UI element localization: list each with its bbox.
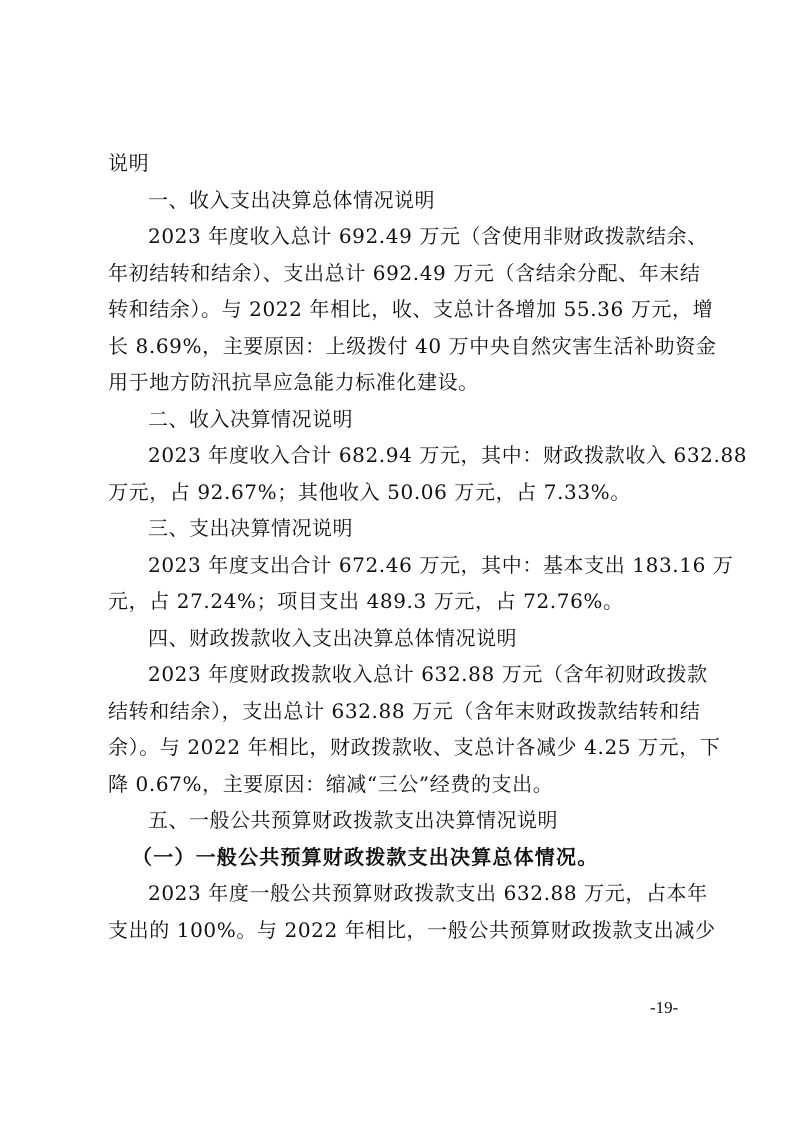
section-3-line-1: 2023 年度支出合计 672.46 万元，其中：基本支出 183.16 万 [108, 547, 690, 584]
section-1-line-2: 年初结转和结余）、支出总计 692.49 万元（含结余分配、年末结 [108, 255, 690, 292]
section-3-line-2: 元，占 27.24%；项目支出 489.3 万元，占 72.76%。 [108, 583, 690, 620]
section-4-line-1: 2023 年度财政拨款收入总计 632.88 万元（含年初财政拨款 [108, 656, 690, 693]
section-2-line-2: 万元，占 92.67%；其他收入 50.06 万元，占 7.33%。 [108, 474, 690, 511]
document-page: 说明 一、收入支出决算总体情况说明 2023 年度收入总计 692.49 万元（… [108, 145, 690, 948]
section-1-line-5: 用于地方防汛抗旱应急能力标准化建设。 [108, 364, 690, 401]
page-number: -19- [650, 998, 678, 1018]
section-4-line-2: 结转和结余），支出总计 632.88 万元（含年末财政拨款结转和结 [108, 693, 690, 730]
section-2-line-1: 2023 年度收入合计 682.94 万元，其中：财政拨款收入 632.88 [108, 437, 690, 474]
section-5-line-2: 支出的 100%。与 2022 年相比，一般公共预算财政拨款支出减少 [108, 912, 690, 949]
section-4-heading: 四、财政拨款收入支出决算总体情况说明 [108, 620, 690, 657]
section-1-heading: 一、收入支出决算总体情况说明 [108, 182, 690, 219]
section-4-line-4: 降 0.67%，主要原因：缩减“三公”经费的支出。 [108, 766, 690, 803]
section-5-line-1: 2023 年度一般公共预算财政拨款支出 632.88 万元，占本年 [108, 875, 690, 912]
section-5-subheading: （一）一般公共预算财政拨款支出决算总体情况。 [108, 839, 690, 876]
section-1-line-3: 转和结余）。与 2022 年相比，收、支总计各增加 55.36 万元，增 [108, 291, 690, 328]
document-title: 说明 [108, 145, 690, 182]
section-3-heading: 三、支出决算情况说明 [108, 510, 690, 547]
section-1-line-1: 2023 年度收入总计 692.49 万元（含使用非财政拨款结余、 [108, 218, 690, 255]
section-4-line-3: 余）。与 2022 年相比，财政拨款收、支总计各减少 4.25 万元，下 [108, 729, 690, 766]
section-2-heading: 二、收入决算情况说明 [108, 401, 690, 438]
section-1-line-4: 长 8.69%，主要原因：上级拨付 40 万中央自然灾害生活补助资金 [108, 328, 690, 365]
section-5-heading: 五、一般公共预算财政拨款支出决算情况说明 [108, 802, 690, 839]
